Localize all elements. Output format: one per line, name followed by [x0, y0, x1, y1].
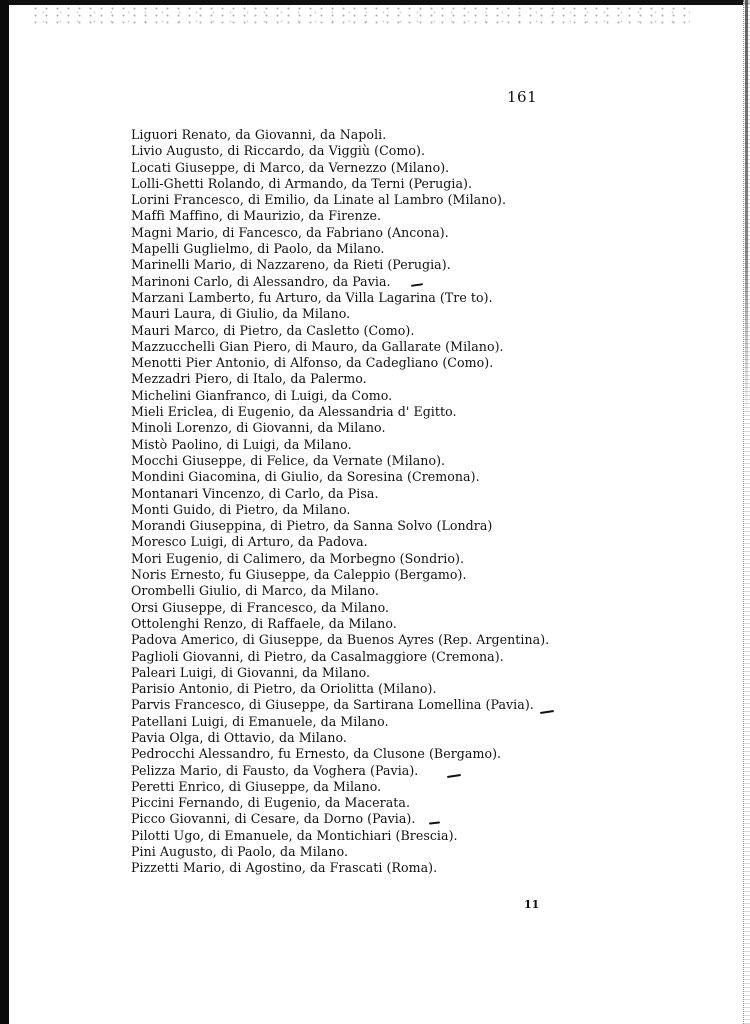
page-number: 161 [507, 88, 537, 106]
scan-top-noise [30, 5, 690, 27]
list-item: Pizzetti Mario, di Agostino, da Frascati… [131, 860, 549, 876]
list-item: Piccini Fernando, di Eugenio, da Macerat… [131, 795, 549, 811]
list-item: Peretti Enrico, di Giuseppe, da Milano. [131, 779, 549, 795]
list-item: Noris Ernesto, fu Giuseppe, da Caleppio … [131, 567, 549, 583]
list-item: Lolli-Ghetti Rolando, di Armando, da Ter… [131, 176, 549, 192]
list-item: Mauri Laura, di Giulio, da Milano. [131, 306, 549, 322]
list-item: Marinelli Mario, di Nazzareno, da Rieti … [131, 257, 549, 273]
list-item: Pavia Olga, di Ottavio, da Milano. [131, 730, 549, 746]
list-item: Mezzadri Piero, di Italo, da Palermo. [131, 371, 549, 387]
scan-left-edge [0, 0, 9, 1024]
list-item: Pilotti Ugo, di Emanuele, da Montichiari… [131, 828, 549, 844]
name-list: Liguori Renato, da Giovanni, da Napoli. … [131, 127, 549, 877]
list-item: Montanari Vincenzo, di Carlo, da Pisa. [131, 486, 549, 502]
list-item: Picco Giovanni, di Cesare, da Dorno (Pav… [131, 811, 549, 827]
list-item: Mistò Paolino, di Luigi, da Milano. [131, 437, 549, 453]
list-item: Marzani Lamberto, fu Arturo, da Villa La… [131, 290, 549, 306]
list-item: Michelini Gianfranco, di Luigi, da Como. [131, 388, 549, 404]
list-item: Livio Augusto, di Riccardo, da Viggiù (C… [131, 143, 549, 159]
list-item: Orombelli Giulio, di Marco, da Milano. [131, 583, 549, 599]
list-item: Ottolenghi Renzo, di Raffaele, da Milano… [131, 616, 549, 632]
list-item: Orsi Giuseppe, di Francesco, da Milano. [131, 600, 549, 616]
list-item: Mocchi Giuseppe, di Felice, da Vernate (… [131, 453, 549, 469]
list-item: Monti Guido, di Pietro, da Milano. [131, 502, 549, 518]
list-item: Moresco Luigi, di Arturo, da Padova. [131, 534, 549, 550]
list-item: Paglioli Giovanni, di Pietro, da Casalma… [131, 649, 549, 665]
list-item: Padova Americo, di Giuseppe, da Buenos A… [131, 632, 549, 648]
list-item: Minoli Lorenzo, di Giovanni, da Milano. [131, 420, 549, 436]
list-item: Mapelli Guglielmo, di Paolo, da Milano. [131, 241, 549, 257]
list-item: Paleari Luigi, di Giovanni, da Milano. [131, 665, 549, 681]
scanned-page: 161 Liguori Renato, da Giovanni, da Napo… [0, 0, 750, 1024]
list-item: Maffi Maffino, di Maurizio, da Firenze. [131, 208, 549, 224]
list-item: Pedrocchi Alessandro, fu Ernesto, da Clu… [131, 746, 549, 762]
list-item: Mondini Giacomina, di Giulio, da Soresin… [131, 469, 549, 485]
printer-signature-mark: 11 [524, 898, 539, 911]
list-item: Pelizza Mario, di Fausto, da Voghera (Pa… [131, 763, 549, 779]
list-item: Mieli Ericlea, di Eugenio, da Alessandri… [131, 404, 549, 420]
list-item: Parisio Antonio, di Pietro, da Oriolitta… [131, 681, 549, 697]
list-item: Magni Mario, di Fancesco, da Fabriano (A… [131, 225, 549, 241]
list-item: Mori Eugenio, di Calimero, da Morbegno (… [131, 551, 549, 567]
list-item: Menotti Pier Antonio, di Alfonso, da Cad… [131, 355, 549, 371]
list-item: Patellani Luigi, di Emanuele, da Milano. [131, 714, 549, 730]
list-item: Liguori Renato, da Giovanni, da Napoli. [131, 127, 549, 143]
scan-right-shadow [745, 0, 748, 420]
list-item: Locati Giuseppe, di Marco, da Vernezzo (… [131, 160, 549, 176]
list-item: Mazzucchelli Gian Piero, di Mauro, da Ga… [131, 339, 549, 355]
list-item: Lorini Francesco, di Emilio, da Linate a… [131, 192, 549, 208]
list-item: Parvis Francesco, di Giuseppe, da Sartir… [131, 697, 549, 713]
list-item: Morandi Giuseppina, di Pietro, da Sanna … [131, 518, 549, 534]
list-item: Pini Augusto, di Paolo, da Milano. [131, 844, 549, 860]
list-item: Marinoni Carlo, di Alessandro, da Pavia. [131, 274, 549, 290]
list-item: Mauri Marco, di Pietro, da Casletto (Com… [131, 323, 549, 339]
